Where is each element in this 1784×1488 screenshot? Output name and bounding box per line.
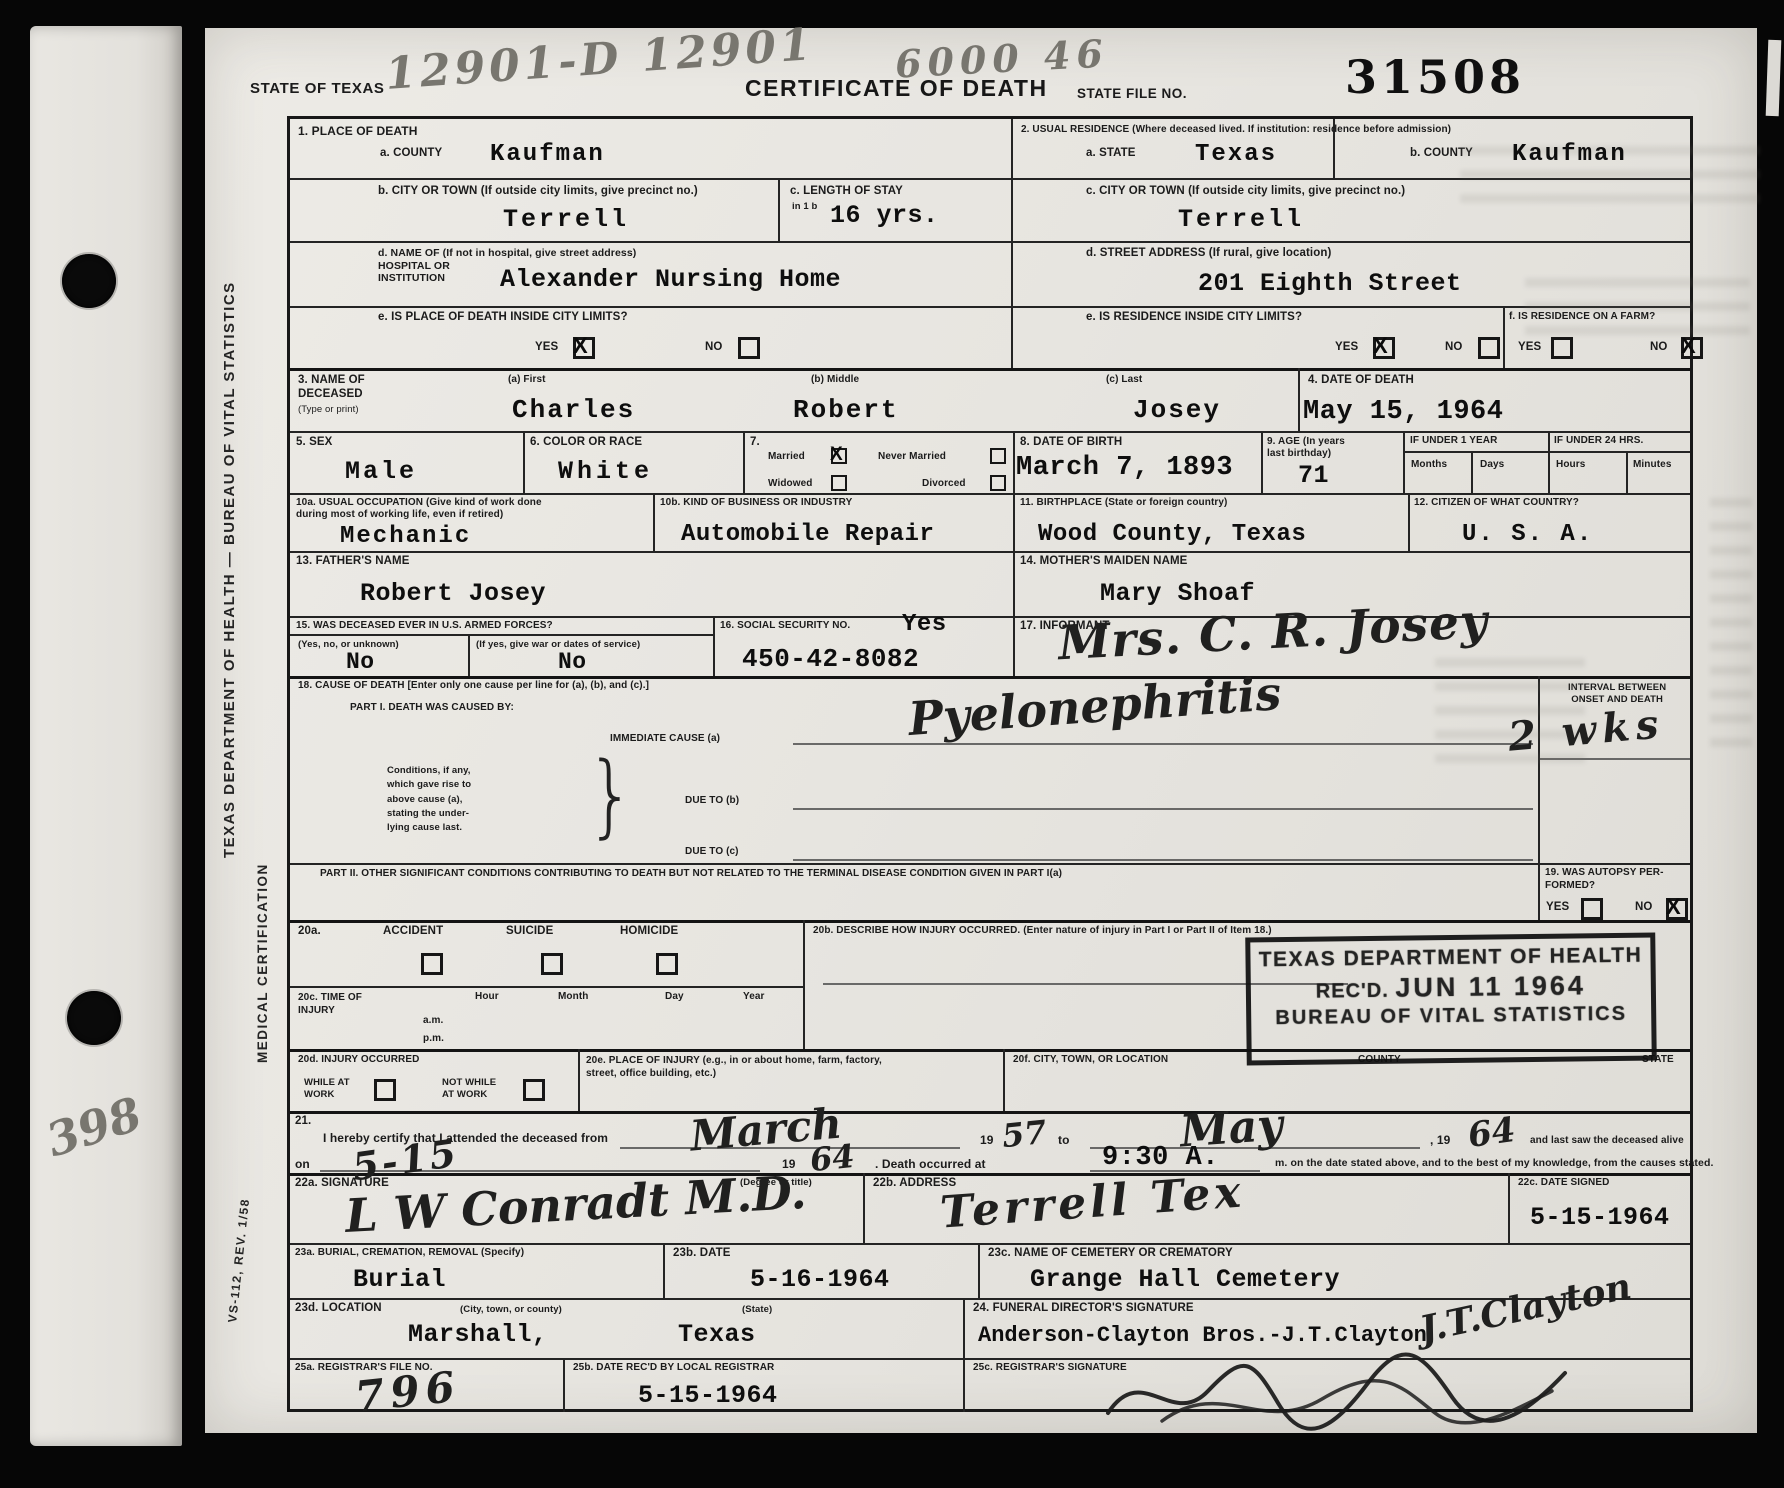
hours-label: Hours (1556, 459, 1585, 471)
day-label: Day (665, 991, 684, 1003)
while-at-work-checkbox (374, 1079, 396, 1101)
funeral-director-script-signature: J.T.Clayton (1416, 1265, 1635, 1351)
city-of-death-label: b. CITY OR TOWN (If outside city limits,… (378, 185, 698, 199)
county-of-death-label: a. COUNTY (380, 147, 442, 161)
state-of-texas-label: STATE OF TEXAS (250, 80, 385, 98)
social-security-flag: Yes (902, 611, 947, 638)
due-to-c-label: DUE TO (c) (685, 846, 739, 858)
last-saw-text: and last saw the deceased alive (1530, 1135, 1684, 1147)
burial-location-sub1: (City, town, or county) (460, 1304, 562, 1315)
am-label: a.m. (423, 1015, 443, 1027)
death-inside-yes-checkbox: X (573, 337, 595, 359)
death-inside-no-checkbox (738, 337, 760, 359)
burial-location-state-value: Texas (678, 1320, 756, 1349)
page-binding-edge: 398 (30, 26, 182, 1446)
checkbox-x-mark: X (830, 444, 843, 466)
burial-location-label: 23d. LOCATION (295, 1302, 382, 1316)
residence-inside-city-limits-label: e. IS RESIDENCE INSIDE CITY LIMITS? (1086, 311, 1302, 325)
citizen-country-value: U. S. A. (1462, 521, 1593, 548)
homicide-label: HOMICIDE (620, 925, 678, 939)
color-or-race-label: 6. COLOR OR RACE (530, 436, 642, 450)
stamp-line1: TEXAS DEPARTMENT OF HEALTH (1250, 944, 1650, 973)
divorced-label: Divorced (922, 478, 966, 490)
birthplace-label: 11. BIRTHPLACE (State or foreign country… (1020, 497, 1227, 509)
fathers-name-value: Robert Josey (360, 579, 546, 608)
to-year-value: 64 (1465, 1110, 1517, 1156)
residence-inside-no-checkbox (1478, 337, 1500, 359)
residence-city-value: Terrell (1178, 205, 1304, 234)
street-address-label: d. STREET ADDRESS (If rural, give locati… (1086, 247, 1331, 261)
stamp-recd-label: REC'D. (1316, 980, 1389, 1003)
social-security-label: 16. SOCIAL SECURITY NO. (720, 620, 850, 632)
punch-hole-top (62, 254, 116, 308)
suicide-label: SUICIDE (506, 925, 553, 939)
burial-location-city-value: Marshall, (408, 1320, 548, 1349)
divorced-checkbox (990, 475, 1006, 491)
first-name-value: Charles (512, 395, 635, 425)
month-label: Month (558, 991, 589, 1003)
attended-to-value: May (1178, 1099, 1284, 1157)
social-security-value: 450-42-8082 (742, 644, 919, 674)
physician-address-value: Terrell Tex (939, 1166, 1247, 1238)
institution-value: Alexander Nursing Home (500, 265, 841, 294)
birthplace-value: Wood County, Texas (1038, 521, 1306, 548)
residence-state-value: Texas (1195, 141, 1277, 168)
farm-no-label: NO (1650, 341, 1667, 355)
armed-forces-value2: No (558, 649, 587, 675)
from-year-value: 57 (1000, 1113, 1048, 1155)
usual-occupation-value: Mechanic (340, 523, 471, 550)
armed-forces-label: 15. WAS DECEASED EVER IN U.S. ARMED FORC… (296, 620, 553, 632)
checkbox-x-mark: X (573, 333, 588, 359)
certify-section-label: 21. (295, 1115, 311, 1129)
to-label: to (1058, 1133, 1070, 1147)
closing-text: m. on the date stated above, and to the … (1275, 1157, 1714, 1170)
city-of-death-value: Terrell (503, 205, 629, 234)
scanned-death-certificate: 398 STATE OF TEXAS 12901-D 12901 CERTIFI… (0, 0, 1784, 1488)
accident-checkbox (421, 953, 443, 975)
never-married-checkbox (990, 448, 1006, 464)
never-married-label: Never Married (878, 451, 946, 463)
injury-occurred-label: 20d. INJURY OCCURRED (298, 1054, 419, 1066)
department-vertical-label: TEXAS DEPARTMENT OF HEALTH — BUREAU OF V… (221, 273, 238, 858)
burial-type-label: 23a. BURIAL, CREMATION, REMOVAL (Specify… (295, 1247, 524, 1259)
date-of-birth-value: March 7, 1893 (1016, 453, 1233, 483)
widowed-checkbox (831, 475, 847, 491)
residence-state-label: a. STATE (1086, 147, 1136, 161)
bleed-through-smudge (1525, 278, 1750, 340)
residence-county-value: Kaufman (1512, 141, 1627, 168)
if-under-24-hrs-label: IF UNDER 24 HRS. (1554, 435, 1643, 447)
part2-label: PART II. OTHER SIGNIFICANT CONDITIONS CO… (320, 868, 1062, 880)
last-name-value: Josey (1133, 395, 1221, 425)
age-value: 71 (1298, 461, 1329, 490)
year-prefix-1: 19 (980, 1133, 994, 1147)
describe-injury-label: 20b. DESCRIBE HOW INJURY OCCURRED. (Ente… (813, 925, 1272, 937)
bleed-through-smudge (1710, 498, 1752, 758)
last-name-label: (c) Last (1106, 374, 1142, 386)
place-of-death-section-label: 1. PLACE OF DEATH (298, 124, 418, 138)
mothers-maiden-name-value: Mary Shoaf (1100, 579, 1255, 608)
funeral-director-label: 24. FUNERAL DIRECTOR'S SIGNATURE (973, 1302, 1194, 1316)
married-checkbox: X (831, 448, 847, 464)
citizen-country-label: 12. CITIZEN OF WHAT COUNTRY? (1414, 497, 1579, 509)
fathers-name-label: 13. FATHER'S NAME (296, 555, 410, 569)
date-received-value: 5-15-1964 (638, 1381, 778, 1410)
hour-label: Hour (475, 991, 499, 1003)
kind-of-business-label: 10b. KIND OF BUSINESS OR INDUSTRY (660, 497, 852, 509)
homicide-checkbox (656, 953, 678, 975)
death-inside-yes-label: YES (535, 341, 558, 355)
adjacent-page-edge (1766, 40, 1782, 116)
autopsy-yes-checkbox (1581, 898, 1603, 920)
medical-certification-vertical-label: MEDICAL CERTIFICATION (255, 828, 270, 1063)
not-while-at-work-label: NOT WHILE AT WORK (442, 1077, 496, 1101)
type-or-print-note: (Type or print) (298, 404, 359, 415)
state-file-no-label: STATE FILE NO. (1077, 86, 1187, 102)
age-label: 9. AGE (In years last birthday) (1267, 436, 1345, 460)
received-date-stamp: TEXAS DEPARTMENT OF HEALTH REC'D. JUN 11… (1245, 933, 1657, 1066)
registrar-file-no-value: 796 (353, 1362, 463, 1422)
residence-inside-yes-label: YES (1335, 341, 1358, 355)
mothers-maiden-name-label: 14. MOTHER'S MAIDEN NAME (1020, 555, 1187, 569)
burial-type-value: Burial (353, 1265, 446, 1294)
burial-location-sub2: (State) (742, 1304, 772, 1315)
conditions-note: Conditions, if any, which gave rise to a… (387, 764, 471, 835)
kind-of-business-value: Automobile Repair (681, 521, 934, 548)
date-of-birth-label: 8. DATE OF BIRTH (1020, 436, 1122, 450)
pm-label: p.m. (423, 1033, 444, 1045)
burial-date-value: 5-16-1964 (750, 1265, 890, 1294)
death-occurred-text: . Death occurred at (875, 1157, 986, 1171)
cause-of-death-label: 18. CAUSE OF DEATH [Enter only one cause… (298, 680, 649, 692)
cemetery-name-value: Grange Hall Cemetery (1030, 1265, 1340, 1294)
certificate-serial-number: 31508 (1345, 50, 1525, 104)
form-code-vertical-label: VS-112, REV. 1/58 (225, 1173, 255, 1324)
sex-value: Male (345, 457, 417, 486)
on-year-value: 64 (808, 1137, 856, 1179)
first-name-label: (a) First (508, 374, 546, 386)
funeral-director-value: Anderson-Clayton Bros.-J.T.Clayton (978, 1323, 1427, 1348)
length-of-stay-label: c. LENGTH OF STAY (790, 185, 903, 199)
date-signed-value: 5-15-1964 (1530, 1203, 1670, 1232)
time-of-injury-label: 20c. TIME OF INJURY (298, 991, 362, 1017)
usual-residence-section-label: 2. USUAL RESIDENCE (Where deceased lived… (1021, 124, 1451, 136)
part1-label: PART I. DEATH WAS CAUSED BY: (350, 702, 514, 714)
middle-name-label: (b) Middle (811, 374, 859, 386)
autopsy-yes-label: YES (1546, 901, 1569, 915)
residence-city-label: c. CITY OR TOWN (If outside city limits,… (1086, 185, 1405, 199)
married-label: Married (768, 451, 805, 463)
checkbox-x-mark: X (1666, 894, 1681, 920)
days-label: Days (1480, 459, 1504, 471)
stamp-line3: BUREAU OF VITAL STATISTICS (1251, 1003, 1651, 1031)
due-to-b-label: DUE TO (b) (685, 795, 739, 807)
widowed-label: Widowed (768, 478, 813, 490)
death-inside-no-label: NO (705, 341, 722, 355)
immediate-cause-label: IMMEDIATE CAUSE (a) (610, 733, 720, 745)
stamp-date: JUN 11 1964 (1395, 970, 1586, 1002)
color-or-race-value: White (558, 457, 653, 486)
pencil-file-numbers: 6000 46 (894, 30, 1110, 86)
injury-class-label: 20a. (298, 925, 321, 939)
farm-no-checkbox: X (1681, 337, 1703, 359)
minutes-label: Minutes (1633, 459, 1671, 471)
length-of-stay-sublabel: in 1 b (792, 201, 817, 212)
date-received-label: 25b. DATE REC'D BY LOCAL REGISTRAR (573, 1362, 774, 1374)
death-inside-city-limits-label: e. IS PLACE OF DEATH INSIDE CITY LIMITS? (378, 311, 628, 325)
date-of-death-value: May 15, 1964 (1303, 397, 1503, 427)
injury-city-label: 20f. CITY, TOWN, OR LOCATION (1013, 1054, 1168, 1066)
suicide-checkbox (541, 953, 563, 975)
punch-hole-bottom (67, 991, 121, 1045)
cemetery-name-label: 23c. NAME OF CEMETERY OR CREMATORY (988, 1247, 1233, 1261)
not-while-at-work-checkbox (523, 1079, 545, 1101)
while-at-work-label: WHILE AT WORK (304, 1077, 350, 1101)
margin-note-handwritten: 398 (40, 1086, 148, 1167)
on-label: on (295, 1157, 310, 1171)
armed-forces-value1: No (346, 649, 375, 675)
year-label: Year (743, 991, 765, 1003)
residence-inside-no-label: NO (1445, 341, 1462, 355)
months-label: Months (1411, 459, 1447, 471)
year-prefix-2: , 19 (1430, 1133, 1450, 1147)
registrar-signature-scrawl (1100, 1347, 1580, 1442)
place-of-injury-label: 20e. PLACE OF INJURY (e.g., in or about … (586, 1054, 882, 1080)
autopsy-no-label: NO (1635, 901, 1652, 915)
residence-inside-yes-checkbox: X (1373, 337, 1395, 359)
length-of-stay-value: 16 yrs. (830, 201, 939, 230)
name-of-deceased-label: 3. NAME OF DECEASED (298, 374, 365, 402)
farm-yes-checkbox (1551, 337, 1573, 359)
street-address-value: 201 Eighth Street (1198, 269, 1462, 298)
checkbox-x-mark: X (1373, 333, 1388, 359)
accident-label: ACCIDENT (383, 925, 443, 939)
middle-name-value: Robert (793, 395, 899, 425)
date-signed-label: 22c. DATE SIGNED (1518, 1177, 1609, 1189)
stamp-line2: REC'D. JUN 11 1964 (1251, 970, 1651, 1006)
if-under-1-year-label: IF UNDER 1 YEAR (1410, 435, 1497, 447)
county-of-death-value: Kaufman (490, 141, 605, 168)
sex-label: 5. SEX (296, 436, 332, 450)
farm-yes-label: YES (1518, 341, 1541, 355)
usual-occupation-label: 10a. USUAL OCCUPATION (Give kind of work… (296, 497, 542, 521)
date-of-death-label: 4. DATE OF DEATH (1308, 374, 1414, 388)
conditions-brace: } (586, 744, 636, 848)
certificate-paper: STATE OF TEXAS 12901-D 12901 CERTIFICATE… (205, 28, 1757, 1433)
burial-date-label: 23b. DATE (673, 1247, 731, 1261)
autopsy-no-checkbox: X (1666, 898, 1688, 920)
marital-status-label: 7. (750, 436, 760, 450)
autopsy-label: 19. WAS AUTOPSY PER- FORMED? (1545, 867, 1664, 892)
